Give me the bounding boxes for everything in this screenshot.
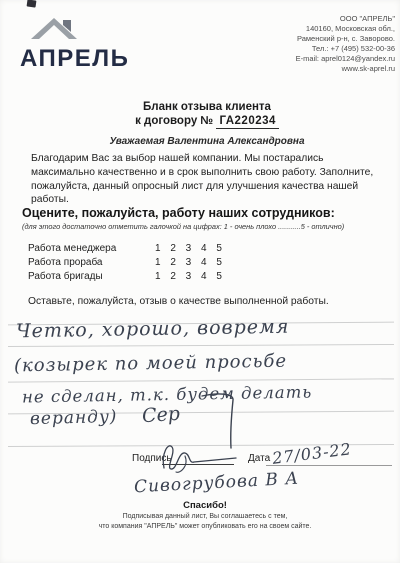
feedback-form-page: АПРЕЛЬ ООО "АПРЕЛЬ" 140160, Московская о… bbox=[0, 0, 400, 563]
intro-paragraph: Благодарим Вас за выбор нашей компании. … bbox=[31, 152, 388, 207]
company-phone: Тел.: +7 (495) 532-00-36 bbox=[296, 44, 395, 54]
handwritten-review-line: Четко, хорошо, вовремя bbox=[16, 316, 290, 343]
ratings-note: (для этого достаточно отметить галочкой … bbox=[22, 222, 344, 231]
ratings-heading: Оцените, пожалуйста, работу наших сотруд… bbox=[22, 206, 335, 220]
form-title-line2: к договору № ГА220234 bbox=[7, 114, 400, 128]
handwritten-date: 27/03-22 bbox=[271, 439, 353, 468]
thanks-text: Спасибо! bbox=[5, 500, 400, 511]
handwritten-review-line: веранду) bbox=[30, 407, 118, 429]
rating-label: Работа менеджера bbox=[28, 242, 155, 256]
ruled-line bbox=[8, 344, 394, 347]
form-title-line1: Бланк отзыва клиента bbox=[7, 100, 400, 114]
handwritten-paraph: Сер bbox=[141, 403, 180, 428]
contract-label: к договору № bbox=[135, 115, 213, 127]
company-address-line: Раменский р-н, с. Заворово. bbox=[296, 34, 395, 44]
rating-scale: 1 2 3 4 5 bbox=[155, 242, 223, 256]
roof-logo-icon bbox=[30, 14, 82, 44]
company-email: E-mail: aprel0124@yandex.ru bbox=[296, 54, 395, 64]
rating-label: Работа прораба bbox=[28, 256, 155, 270]
rating-label: Работа бригады bbox=[28, 270, 155, 284]
review-prompt: Оставьте, пожалуйста, отзыв о качестве в… bbox=[28, 296, 329, 307]
rating-scale: 1 2 3 4 5 bbox=[155, 270, 223, 284]
greeting-line: Уважаемая Валентина Александровна bbox=[7, 136, 400, 147]
company-website: www.sk-aprel.ru bbox=[296, 64, 395, 74]
ratings-table: Работа менеджера 1 2 3 4 5 Работа прораб… bbox=[28, 242, 223, 283]
company-name: ООО "АПРЕЛЬ" bbox=[296, 14, 395, 24]
logo-text: АПРЕЛЬ bbox=[20, 45, 150, 73]
rating-row-manager: Работа менеджера 1 2 3 4 5 bbox=[28, 242, 223, 256]
form-title: Бланк отзыва клиента к договору № ГА2202… bbox=[7, 100, 400, 128]
company-address-line: 140160, Московская обл., bbox=[296, 24, 395, 34]
company-info: ООО "АПРЕЛЬ" 140160, Московская обл., Ра… bbox=[296, 14, 395, 74]
scan-artifact bbox=[27, 0, 37, 8]
consent-line1: Подписывая данный лист, Вы соглашаетесь … bbox=[5, 512, 400, 522]
consent-note: Подписывая данный лист, Вы соглашаетесь … bbox=[5, 512, 400, 531]
rating-scale: 1 2 3 4 5 bbox=[155, 256, 223, 270]
ruled-line bbox=[8, 378, 394, 382]
handwritten-review-line: (козырек по моей просьбе bbox=[14, 351, 287, 377]
company-logo: АПРЕЛЬ bbox=[20, 14, 150, 73]
consent-line2: что компания "АПРЕЛЬ" может опубликовать… bbox=[5, 522, 400, 532]
rating-row-crew: Работа бригады 1 2 3 4 5 bbox=[28, 270, 223, 284]
date-label: Дата bbox=[248, 453, 270, 464]
rating-row-foreman: Работа прораба 1 2 3 4 5 bbox=[28, 256, 223, 270]
contract-number: ГА220234 bbox=[216, 115, 278, 129]
signature-scribble bbox=[156, 438, 242, 476]
